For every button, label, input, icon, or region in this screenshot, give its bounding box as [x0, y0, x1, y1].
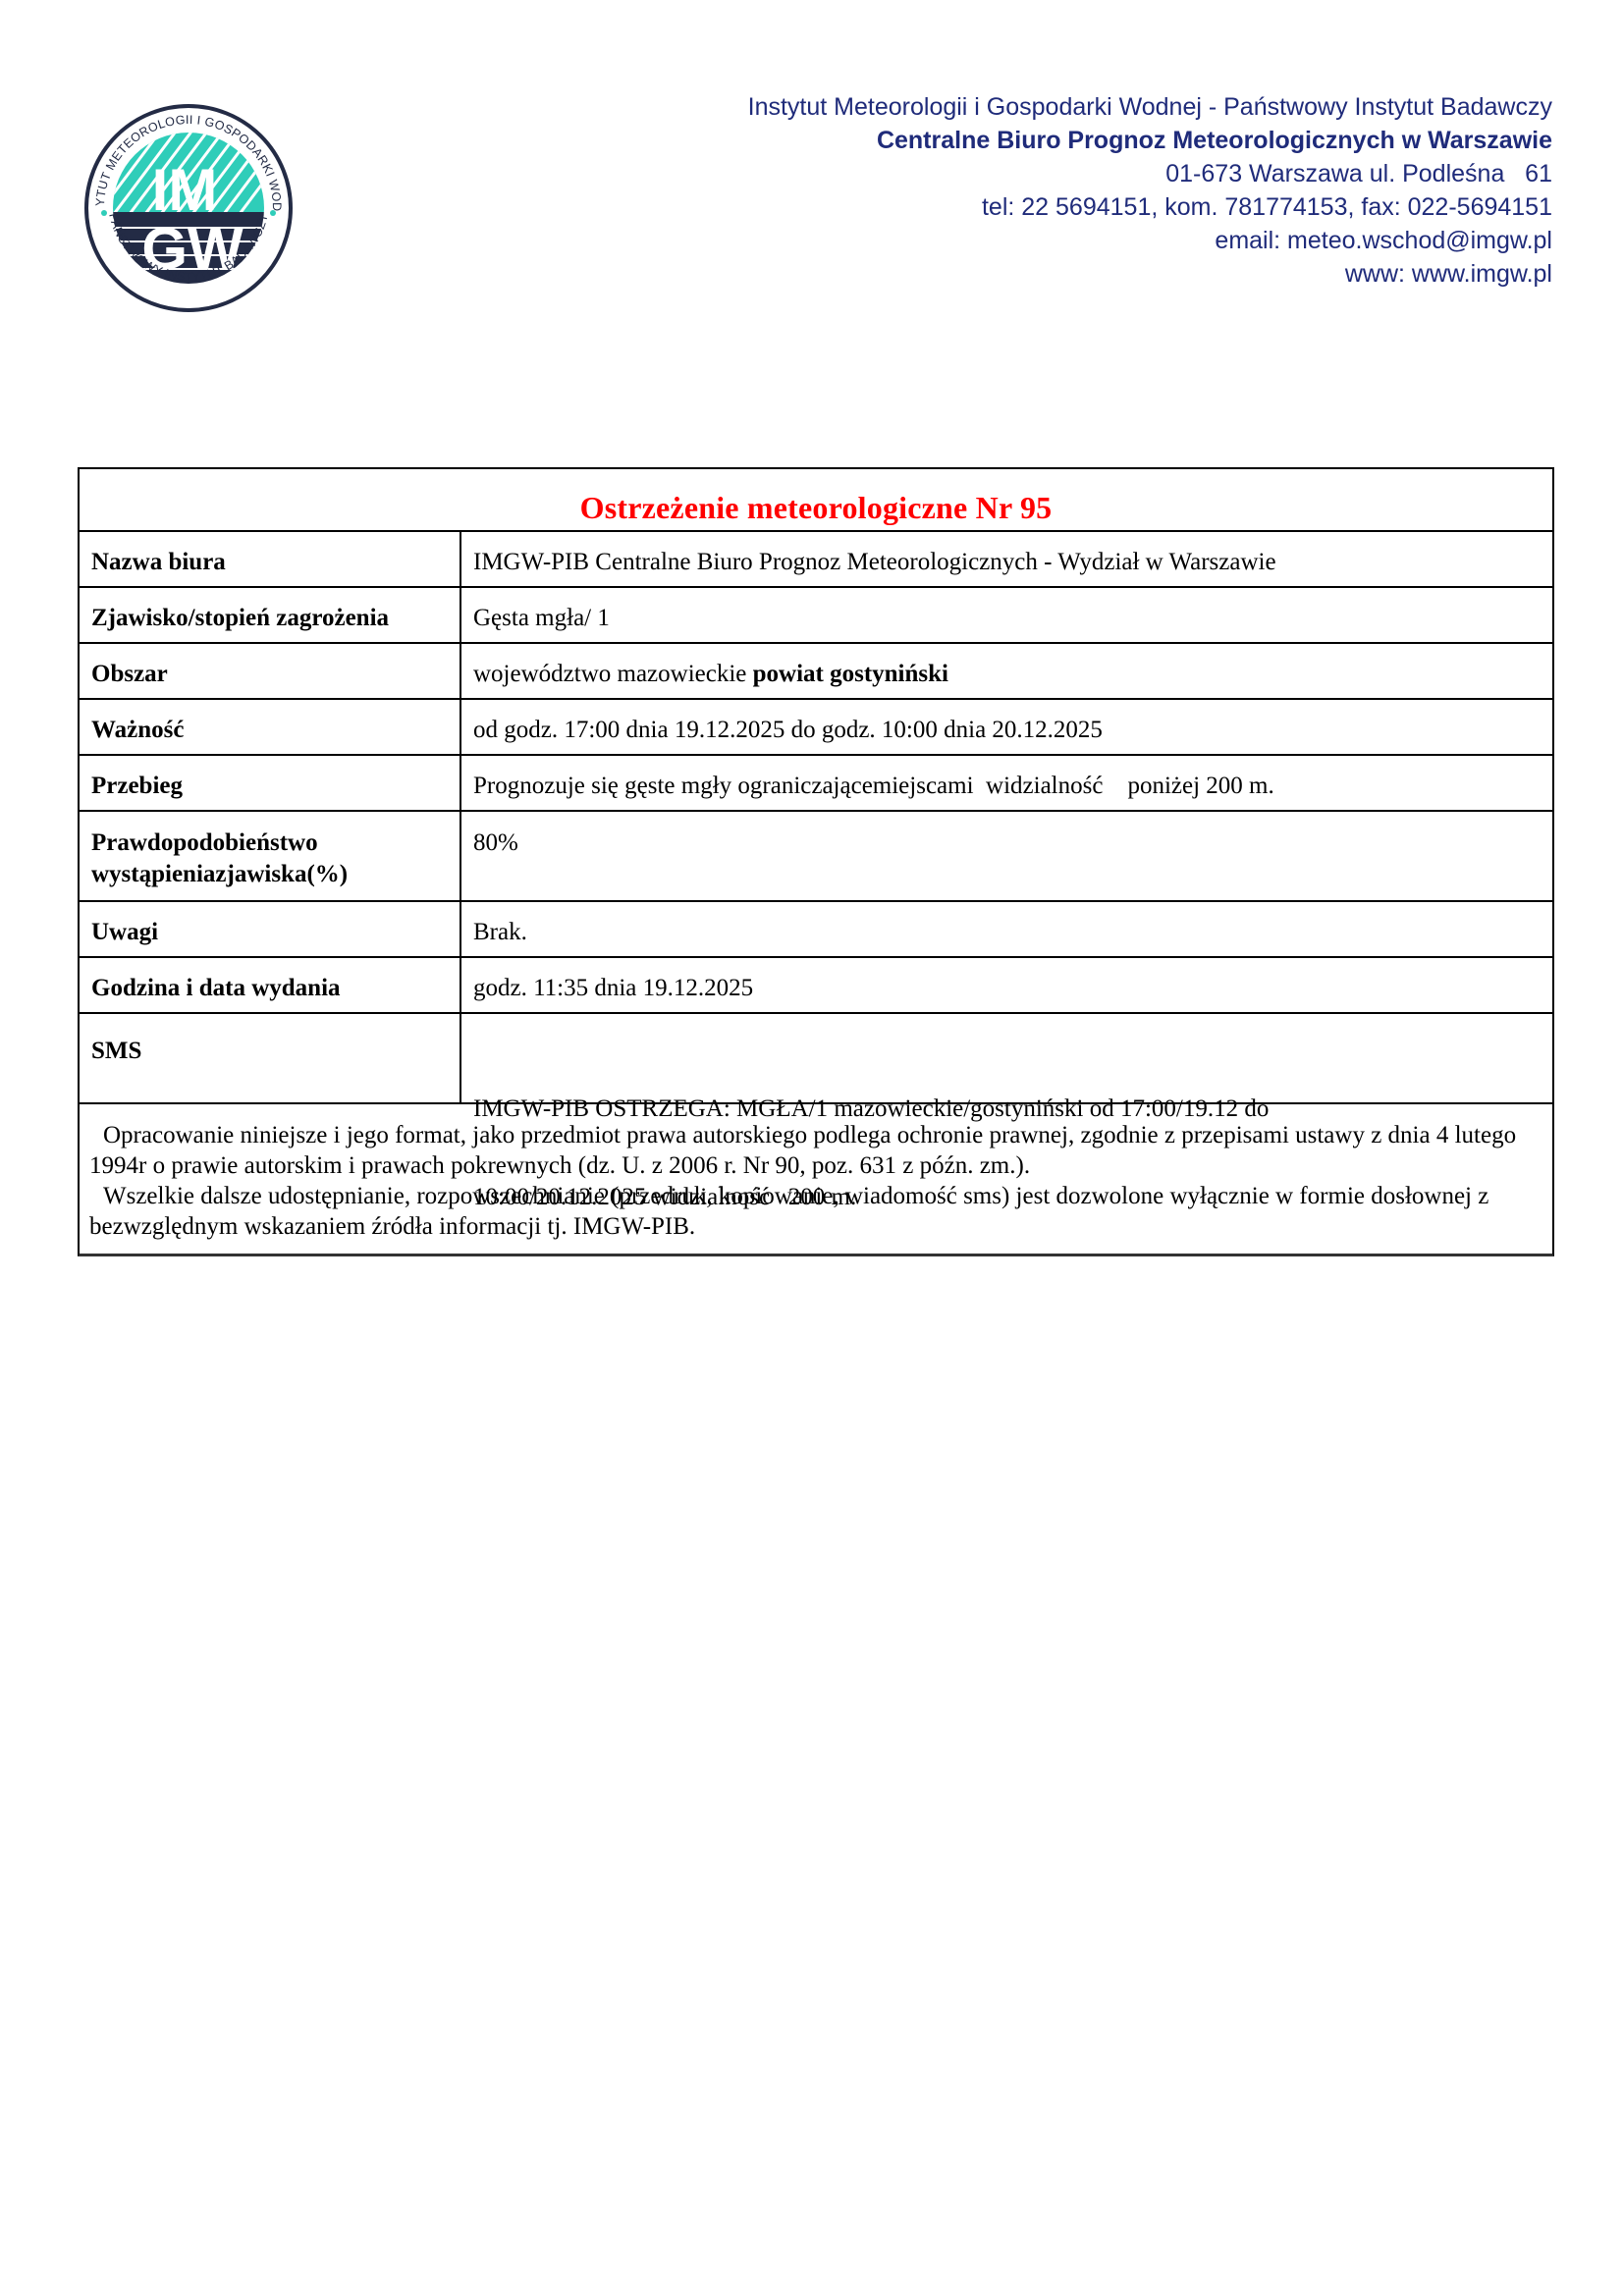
phone-numbers: tel: 22 5694151, kom. 781774153, fax: 02… [748, 190, 1552, 224]
copyright-notice: Opracowanie niniejsze i jego format, jak… [78, 1100, 1554, 1256]
row-value: od godz. 17:00 dnia 19.12.2025 do godz. … [461, 700, 1552, 754]
row-label: Godzina i data wydania [80, 958, 461, 1012]
row-value: Gęsta mgła/ 1 [461, 588, 1552, 642]
row-label: SMS [80, 1014, 461, 1102]
row-label: Ważność [80, 700, 461, 754]
row-value: 80% [461, 812, 1552, 900]
table-row-phenomenon: Zjawisko/stopień zagrożenia Gęsta mgła/ … [80, 588, 1552, 644]
usage-paragraph: Wszelkie dalsze udostępnianie, rozpowsze… [89, 1181, 1542, 1242]
row-value: województwo mazowieckie powiat gostynińs… [461, 644, 1552, 698]
row-value: IMGW-PIB OSTRZEGA: MGŁA/1 mazowieckie/go… [461, 1014, 1552, 1102]
table-row-area: Obszar województwo mazowieckie powiat go… [80, 644, 1552, 700]
copyright-paragraph: Opracowanie niniejsze i jego format, jak… [89, 1120, 1542, 1181]
table-row-remarks: Uwagi Brak. [80, 902, 1552, 958]
bureau-name: Centralne Biuro Prognoz Meteorologicznyc… [748, 124, 1552, 157]
row-label: Obszar [80, 644, 461, 698]
email-link[interactable]: email: meteo.wschod@imgw.pl [748, 224, 1552, 257]
area-region: województwo mazowieckie [473, 659, 753, 690]
table-row-course: Przebieg Prognozuje się gęste mgły ogran… [80, 756, 1552, 812]
svg-text:IM: IM [152, 157, 218, 223]
address: 01-673 Warszawa ul. Podleśna 61 [748, 157, 1552, 190]
warning-table: Ostrzeżenie meteorologiczne Nr 95 Nazwa … [78, 467, 1554, 1104]
row-label: Zjawisko/stopień zagrożenia [80, 588, 461, 642]
institute-name: Instytut Meteorologii i Gospodarki Wodne… [748, 90, 1552, 124]
table-row-office: Nazwa biura IMGW-PIB Centralne Biuro Pro… [80, 532, 1552, 588]
table-row-issued: Godzina i data wydania godz. 11:35 dnia … [80, 958, 1552, 1014]
row-label: Uwagi [80, 902, 461, 956]
row-label: Przebieg [80, 756, 461, 810]
area-county: powiat gostyniński [753, 659, 948, 690]
warning-title: Ostrzeżenie meteorologiczne Nr 95 [80, 469, 1552, 532]
website-link[interactable]: www: www.imgw.pl [748, 257, 1552, 291]
table-row-sms: SMS IMGW-PIB OSTRZEGA: MGŁA/1 mazowiecki… [80, 1014, 1552, 1102]
row-value: IMGW-PIB Centralne Biuro Prognoz Meteoro… [461, 532, 1552, 586]
row-label: Nazwa biura [80, 532, 461, 586]
institute-header: Instytut Meteorologii i Gospodarki Wodne… [748, 90, 1552, 291]
row-value: Brak. [461, 902, 1552, 956]
imgw-logo-icon: IM GW INSTYTUT METEOROLOGII I GOSPODARKI… [82, 102, 295, 314]
table-row-validity: Ważność od godz. 17:00 dnia 19.12.2025 d… [80, 700, 1552, 756]
table-row-probability: Prawdopodobieństwo wystąpieniazjawiska(%… [80, 812, 1552, 902]
row-value: godz. 11:35 dnia 19.12.2025 [461, 958, 1552, 1012]
row-value: Prognozuje się gęste mgły ograniczającem… [461, 756, 1552, 810]
row-label: Prawdopodobieństwo wystąpieniazjawiska(%… [80, 812, 461, 900]
